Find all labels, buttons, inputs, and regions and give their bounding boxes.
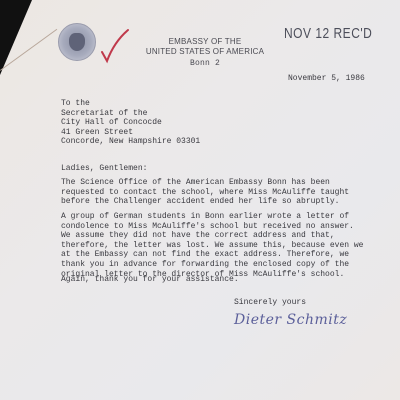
- signature: Dieter Schmitz: [234, 312, 347, 328]
- letterhead-line-2: UNITED STATES OF AMERICA: [140, 47, 270, 57]
- address-line: City Hall of Concocde: [61, 118, 200, 128]
- closing: Sincerely yours: [234, 298, 306, 307]
- scan-background-corner: [0, 0, 32, 75]
- address-line: To the: [61, 99, 200, 109]
- body-paragraph: A group of German students in Bonn earli…: [61, 212, 363, 279]
- address-line: Secretariat of the: [61, 109, 200, 119]
- salutation: Ladies, Gentlemen:: [61, 164, 147, 173]
- address-line: 41 Green Street: [61, 128, 200, 138]
- address-line: Concorde, New Hampshire 03301: [61, 137, 200, 147]
- body-paragraph: The Science Office of the American Embas…: [61, 178, 349, 207]
- letter-date: November 5, 1986: [288, 74, 365, 83]
- letterhead-post: Bonn 2: [140, 59, 270, 69]
- embassy-seal-icon: [58, 23, 96, 61]
- letterhead: EMBASSY OF THE UNITED STATES OF AMERICA …: [140, 37, 270, 69]
- body-paragraph: Again, thank you for your assistance.: [61, 275, 239, 285]
- check-mark-icon: [100, 28, 130, 64]
- letterhead-line-1: EMBASSY OF THE: [140, 37, 270, 47]
- recipient-address: To theSecretariat of theCity Hall of Con…: [61, 99, 200, 147]
- received-stamp: NOV 12 REC'D: [284, 24, 372, 42]
